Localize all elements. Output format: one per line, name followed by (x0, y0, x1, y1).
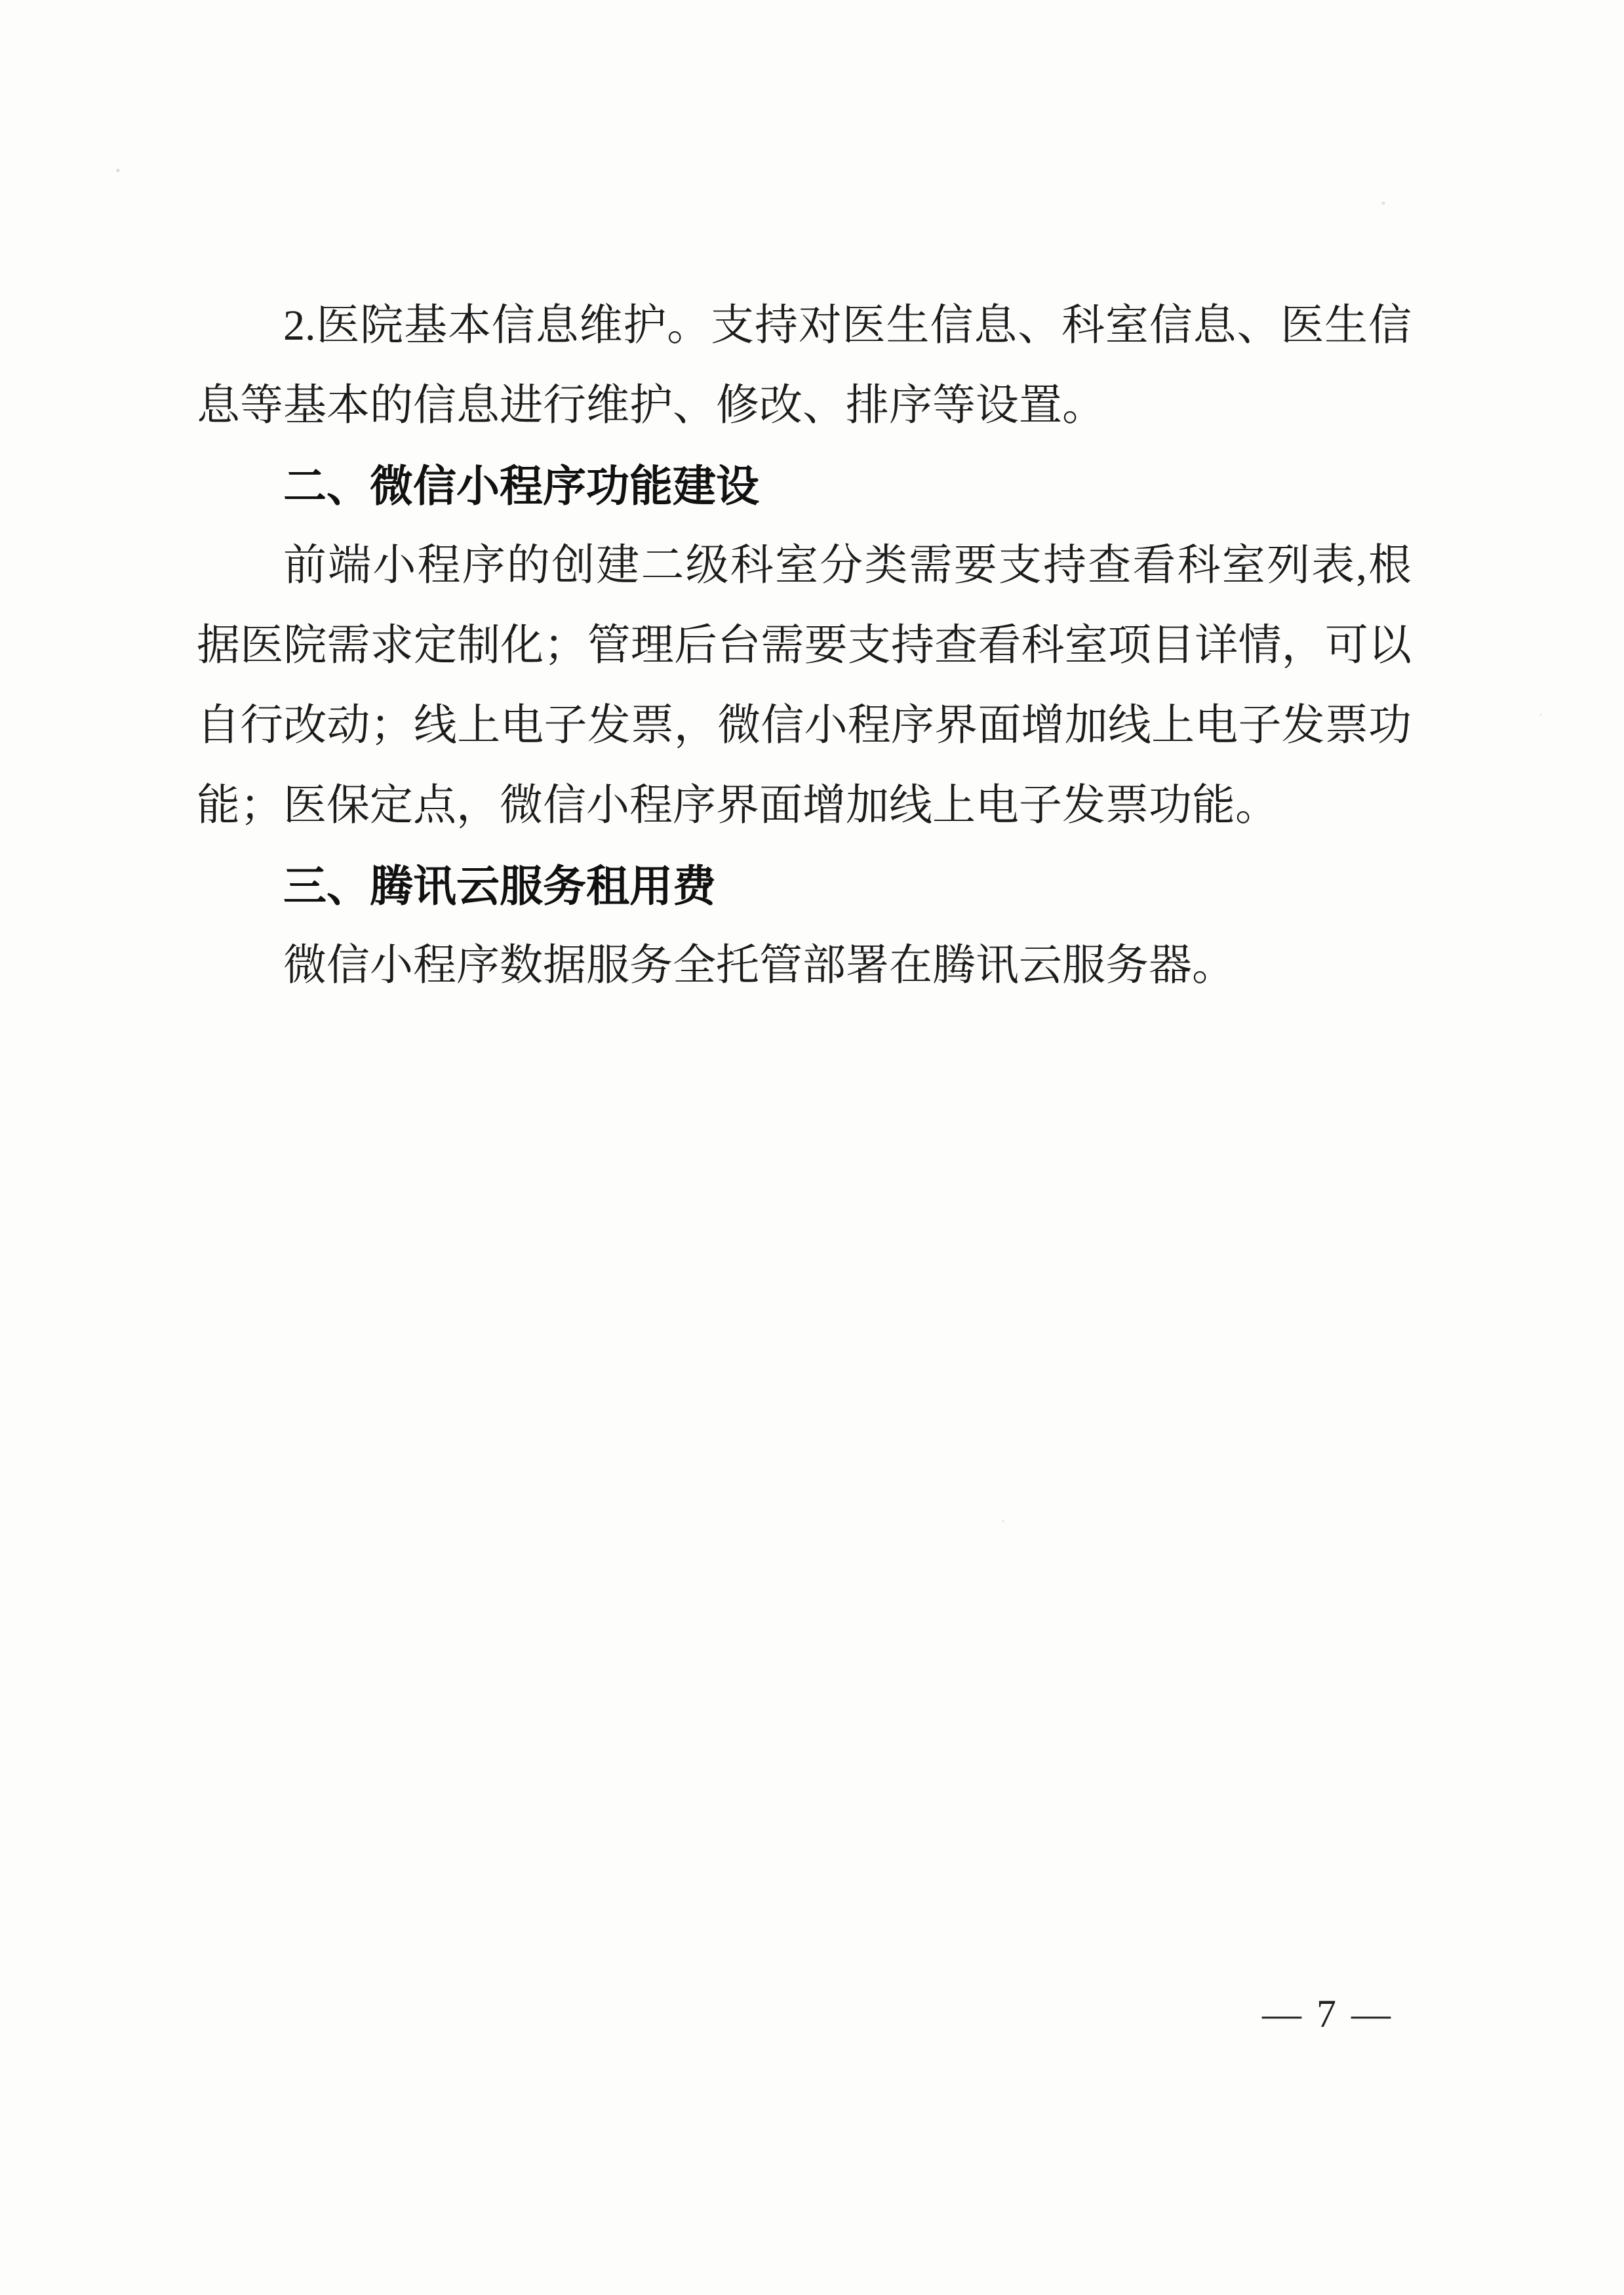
paragraph-miniprogram-functions: 前端小程序的创建二级科室分类需要支持查看科室列表,根据医院需求定制化；管理后台需… (197, 526, 1412, 846)
heading-wechat-miniprogram-construction: 二、微信小程序功能建设 (197, 446, 1412, 526)
paragraph-tencent-cloud-hosting: 微信小程序数据服务全托管部署在腾讯云服务器。 (197, 926, 1412, 1006)
page-number: — 7 — (1262, 1992, 1393, 2035)
heading-tencent-cloud-rental-fee: 三、腾讯云服务租用费 (197, 846, 1412, 926)
document-body: 2.医院基本信息维护。支持对医生信息、科室信息、医生信息等基本的信息进行维护、修… (197, 286, 1412, 1006)
scanned-document-page: 2.医院基本信息维护。支持对医生信息、科室信息、医生信息等基本的信息进行维护、修… (0, 0, 1624, 2295)
paragraph-hospital-basic-info: 2.医院基本信息维护。支持对医生信息、科室信息、医生信息等基本的信息进行维护、修… (197, 286, 1412, 446)
